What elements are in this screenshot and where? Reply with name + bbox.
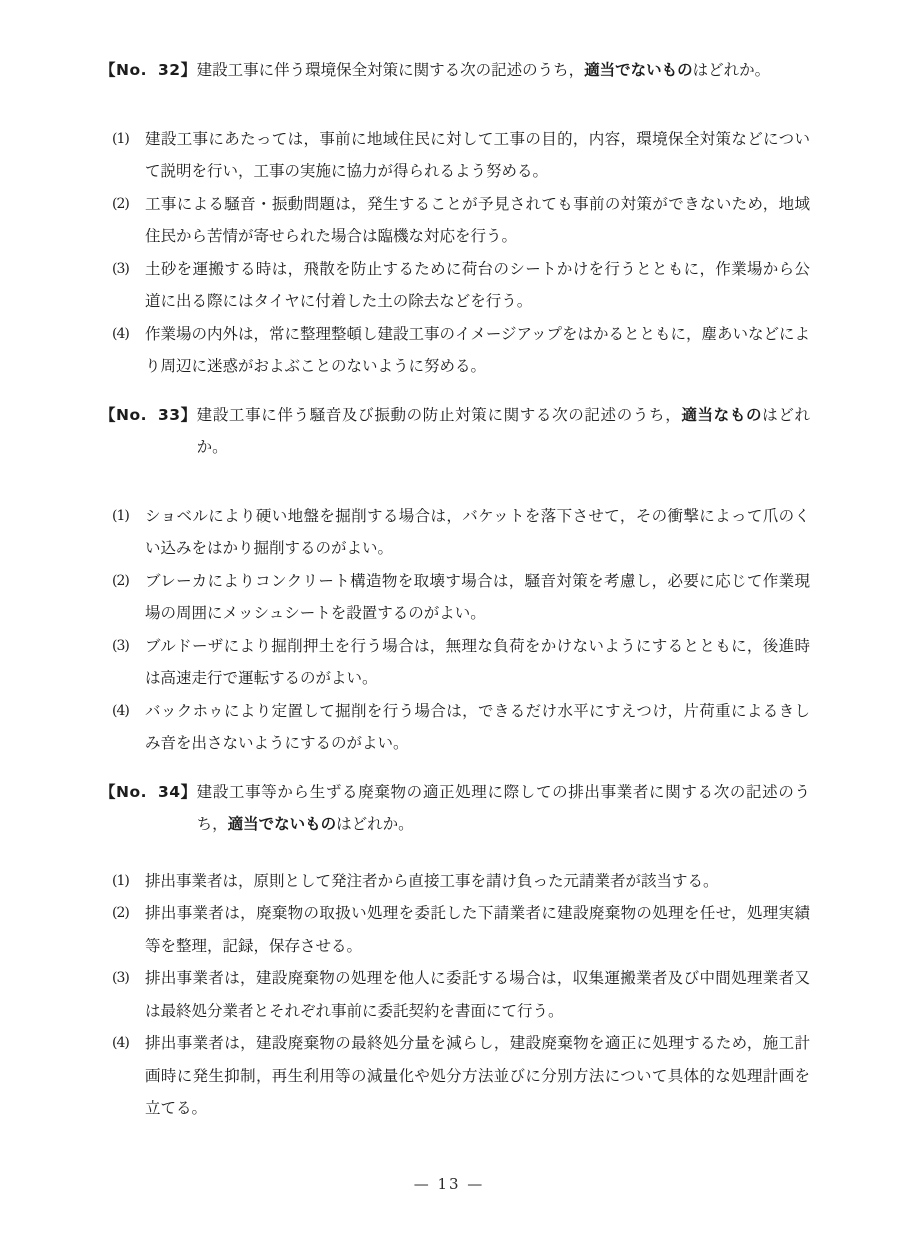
question-33-header: 【No.33】 建設工事に伴う騒音及び振動の防止対策に関する次の記述のうち，適当… xyxy=(100,399,810,464)
option-34-4: (4) 排出事業者は，建設廃棄物の最終処分量を減らし，建設廃棄物を適正に処理する… xyxy=(112,1027,810,1125)
option-34-2: (2) 排出事業者は，廃棄物の取扱い処理を委託した下請業者に建設廃棄物の処理を任… xyxy=(112,897,810,962)
option-number: (1) xyxy=(112,500,145,533)
question-32: 【No.32】 建設工事に伴う環境保全対策に関する次の記述のうち，適当でないもの… xyxy=(100,54,810,383)
question-34-options: (1) 排出事業者は，原則として発注者から直接工事を請け負った元請業者が該当する… xyxy=(100,865,810,1125)
option-number: (1) xyxy=(112,123,145,156)
option-text: ブレーカによりコンクリート構造物を取壊す場合は，騒音対策を考慮し，必要に応じて作… xyxy=(145,565,810,630)
option-34-1: (1) 排出事業者は，原則として発注者から直接工事を請け負った元請業者が該当する… xyxy=(112,865,810,898)
question-34-tail: はどれか。 xyxy=(336,815,414,833)
option-number: (2) xyxy=(112,188,145,221)
option-text: 土砂を運搬する時は，飛散を防止するために荷台のシートかけを行うとともに，作業場か… xyxy=(145,253,810,318)
option-text: ショベルにより硬い地盤を掘削する場合は，バケットを落下させて，その衝撃によって爪… xyxy=(145,500,810,565)
option-number: (1) xyxy=(112,865,145,898)
option-number: (4) xyxy=(112,695,145,728)
question-number-open-bracket: 【No. xyxy=(100,406,147,424)
option-text: 工事による騒音・振動問題は，発生することが予見されても事前の対策ができないため，… xyxy=(145,188,810,253)
option-34-3: (3) 排出事業者は，建設廃棄物の処理を他人に委託する場合は，収集運搬業者及び中… xyxy=(112,962,810,1027)
exam-page: 【No.32】 建設工事に伴う環境保全対策に関する次の記述のうち，適当でないもの… xyxy=(0,0,898,1240)
question-34-number: 【No.34】 xyxy=(100,776,197,809)
question-33-emphasis: 適当なもの xyxy=(681,406,762,424)
question-32-text: 建設工事に伴う環境保全対策に関する次の記述のうち，適当でないものはどれか。 xyxy=(197,54,810,87)
question-33-options: (1) ショベルにより硬い地盤を掘削する場合は，バケットを落下させて，その衝撃に… xyxy=(100,500,810,760)
option-number: (4) xyxy=(112,318,145,351)
option-33-2: (2) ブレーカによりコンクリート構造物を取壊す場合は，騒音対策を考慮し，必要に… xyxy=(112,565,810,630)
option-33-4: (4) バックホゥにより定置して掘削を行う場合は，できるだけ水平にすえつけ，片荷… xyxy=(112,695,810,760)
question-33-number: 【No.33】 xyxy=(100,399,197,432)
option-text: 排出事業者は，廃棄物の取扱い処理を委託した下請業者に建設廃棄物の処理を任せ，処理… xyxy=(145,897,810,962)
question-number-value: 32】 xyxy=(158,61,197,79)
option-text: 建設工事にあたっては，事前に地域住民に対して工事の目的，内容，環境保全対策などに… xyxy=(145,123,810,188)
question-32-options: (1) 建設工事にあたっては，事前に地域住民に対して工事の目的，内容，環境保全対… xyxy=(100,123,810,383)
option-number: (4) xyxy=(112,1027,145,1060)
question-34-header: 【No.34】 建設工事等から生ずる廃棄物の適正処理に際しての排出事業者に関する… xyxy=(100,776,810,841)
option-text: 排出事業者は，建設廃棄物の処理を他人に委託する場合は，収集運搬業者及び中間処理業… xyxy=(145,962,810,1027)
question-32-lead: 建設工事に伴う環境保全対策に関する次の記述のうち， xyxy=(197,61,585,79)
option-number: (3) xyxy=(112,630,145,663)
page-number: — 13 — xyxy=(0,1168,898,1201)
option-32-1: (1) 建設工事にあたっては，事前に地域住民に対して工事の目的，内容，環境保全対… xyxy=(112,123,810,188)
question-32-number: 【No.32】 xyxy=(100,54,197,87)
question-number-value: 33】 xyxy=(158,406,197,424)
option-text: バックホゥにより定置して掘削を行う場合は，できるだけ水平にすえつけ，片荷重による… xyxy=(145,695,810,760)
option-number: (3) xyxy=(112,962,145,995)
question-number-value: 34】 xyxy=(158,783,197,801)
option-33-1: (1) ショベルにより硬い地盤を掘削する場合は，バケットを落下させて，その衝撃に… xyxy=(112,500,810,565)
option-number: (3) xyxy=(112,253,145,286)
question-34-text: 建設工事等から生ずる廃棄物の適正処理に際しての排出事業者に関する次の記述のうち，… xyxy=(197,776,810,841)
option-32-2: (2) 工事による騒音・振動問題は，発生することが予見されても事前の対策ができな… xyxy=(112,188,810,253)
question-34-emphasis: 適当でないもの xyxy=(228,815,337,833)
question-33-lead: 建設工事に伴う騒音及び振動の防止対策に関する次の記述のうち， xyxy=(197,406,682,424)
option-text: 排出事業者は，原則として発注者から直接工事を請け負った元請業者が該当する。 xyxy=(145,865,810,898)
option-text: ブルドーザにより掘削押土を行う場合は，無理な負荷をかけないようにするとともに，後… xyxy=(145,630,810,695)
question-33-text: 建設工事に伴う騒音及び振動の防止対策に関する次の記述のうち，適当なものはどれか。 xyxy=(197,399,810,464)
option-33-3: (3) ブルドーザにより掘削押土を行う場合は，無理な負荷をかけないようにするとと… xyxy=(112,630,810,695)
option-text: 排出事業者は，建設廃棄物の最終処分量を減らし，建設廃棄物を適正に処理するため，施… xyxy=(145,1027,810,1125)
question-34: 【No.34】 建設工事等から生ずる廃棄物の適正処理に際しての排出事業者に関する… xyxy=(100,776,810,1125)
option-text: 作業場の内外は，常に整理整頓し建設工事のイメージアップをはかるとともに，塵あいな… xyxy=(145,318,810,383)
question-number-open-bracket: 【No. xyxy=(100,783,147,801)
option-number: (2) xyxy=(112,897,145,930)
option-32-4: (4) 作業場の内外は，常に整理整頓し建設工事のイメージアップをはかるとともに，… xyxy=(112,318,810,383)
question-32-tail: はどれか。 xyxy=(693,61,771,79)
question-32-emphasis: 適当でないもの xyxy=(584,61,693,79)
option-32-3: (3) 土砂を運搬する時は，飛散を防止するために荷台のシートかけを行うとともに，… xyxy=(112,253,810,318)
question-33: 【No.33】 建設工事に伴う騒音及び振動の防止対策に関する次の記述のうち，適当… xyxy=(100,399,810,760)
question-number-open-bracket: 【No. xyxy=(100,61,147,79)
option-number: (2) xyxy=(112,565,145,598)
question-32-header: 【No.32】 建設工事に伴う環境保全対策に関する次の記述のうち，適当でないもの… xyxy=(100,54,810,87)
